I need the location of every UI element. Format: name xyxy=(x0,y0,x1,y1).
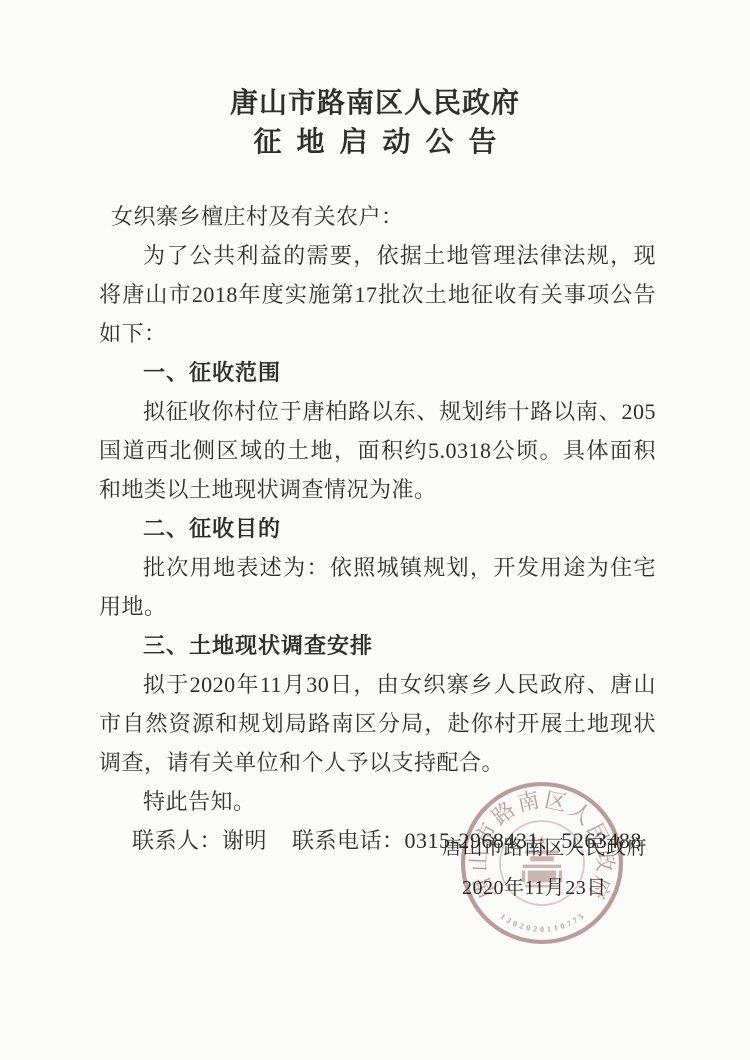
document-org-title: 唐山市路南区人民政府 xyxy=(0,90,750,118)
svg-text:区: 区 xyxy=(542,788,569,816)
contact-phone-label: 联系电话： xyxy=(292,828,405,853)
svg-text:1: 1 xyxy=(546,924,551,933)
section1-heading: 一、征收范围 xyxy=(99,353,656,392)
official-seal: 唐山市路南区人民政府 1302020110775 xyxy=(458,779,626,947)
section2-paragraph: 批次用地表述为：依照城镇规划，开发用途为住宅用地。 xyxy=(99,548,656,626)
svg-text:3: 3 xyxy=(505,916,513,926)
seal-code-number: 1302020110775 xyxy=(499,912,586,934)
contact-person-name: 谢明 xyxy=(222,828,267,853)
scanned-notice-page: 唐山市路南区人民政府 征地启动公告 女织寨乡檀庄村及有关农户： 为了公共利益的需… xyxy=(0,0,750,1060)
document-body: 女织寨乡檀庄村及有关农户： 为了公共利益的需要，依据土地管理法律法规，现将唐山市… xyxy=(99,197,656,860)
svg-text:0: 0 xyxy=(511,919,518,929)
intro-paragraph: 为了公共利益的需要，依据土地管理法律法规，现将唐山市2018年度实施第17批次土… xyxy=(99,236,656,353)
svg-text:唐: 唐 xyxy=(469,873,500,903)
section2-heading: 二、征收目的 xyxy=(99,509,656,548)
svg-text:2: 2 xyxy=(518,921,525,931)
svg-text:0: 0 xyxy=(540,925,544,934)
svg-text:0: 0 xyxy=(559,921,566,931)
svg-text:5: 5 xyxy=(577,912,586,922)
svg-text:7: 7 xyxy=(565,919,572,929)
contact-person-label: 联系人： xyxy=(132,828,222,853)
section3-paragraph: 拟于2020年11月30日，由女织寨乡人民政府、唐山市自然资源和规划局路南区分局… xyxy=(99,665,656,782)
salutation-line: 女织寨乡檀庄村及有关农户： xyxy=(99,197,656,236)
national-emblem-icon xyxy=(500,821,584,905)
section3-heading: 三、土地现状调查安排 xyxy=(99,626,656,665)
svg-text:0: 0 xyxy=(525,923,531,933)
svg-text:政: 政 xyxy=(592,849,617,872)
svg-text:山: 山 xyxy=(467,849,492,872)
svg-text:南: 南 xyxy=(515,788,542,816)
svg-text:2: 2 xyxy=(533,924,538,933)
section1-paragraph: 拟征收你村位于唐柏路以东、规划纬十路以南、205国道西北侧区域的土地，面积约5.… xyxy=(99,392,656,509)
document-notice-title: 征地启动公告 xyxy=(0,129,750,157)
svg-text:府: 府 xyxy=(584,873,615,902)
svg-text:1: 1 xyxy=(553,923,559,933)
